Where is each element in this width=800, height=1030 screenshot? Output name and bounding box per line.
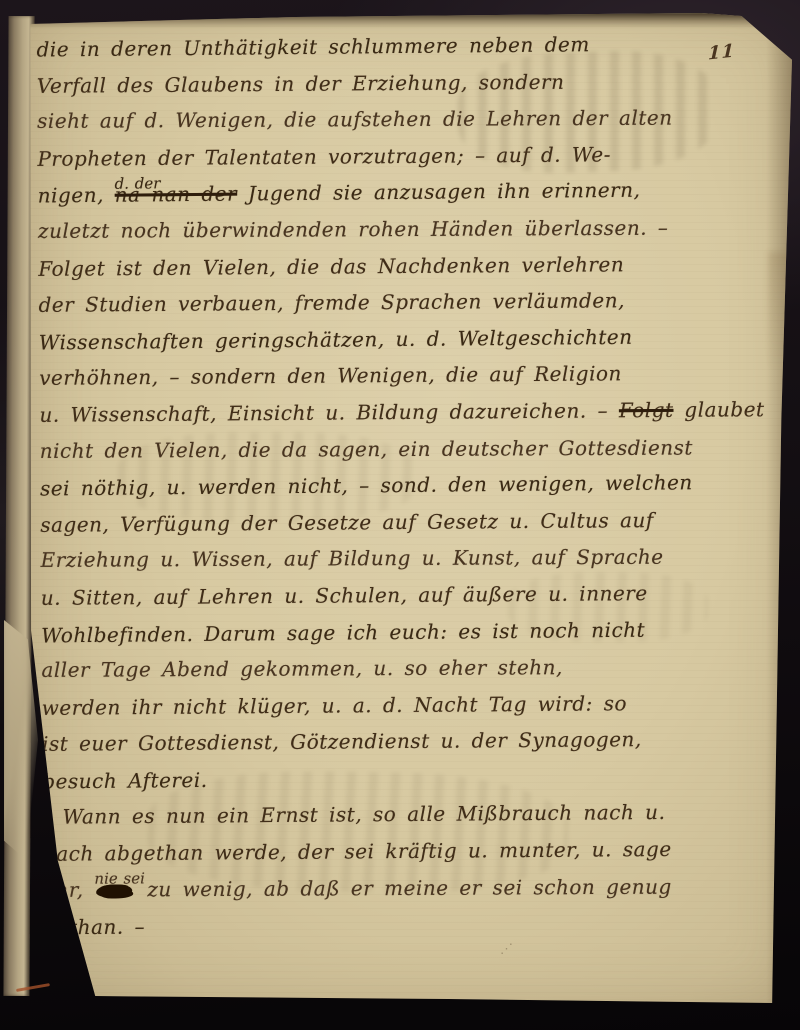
- handwritten-text: Propheten der Talentaten vorzutragen; – …: [37, 142, 611, 171]
- manuscript-line: nicht den Vielen, die da sagen, ein deut…: [40, 429, 764, 469]
- handwritten-text: u. Sitten, auf Lehren u. Schulen, auf äu…: [41, 581, 648, 610]
- handwritten-text: Wohlbefinden. Darum sage ich euch: es is…: [41, 617, 645, 647]
- photographed-manuscript: 11 die in deren Unthätigkeit schlummere …: [0, 0, 800, 1030]
- handwritten-text: gethan. –: [43, 915, 145, 940]
- handwritten-text: ist euer Gottesdienst, Götzendienst u. d…: [42, 727, 642, 756]
- handwritten-text: Erziehung u. Wissen, auf Bildung u. Kuns…: [41, 545, 664, 572]
- handwritten-text: nigen,: [38, 183, 115, 208]
- handwritten-text: nach abgethan werde, der sei kräftig u. …: [43, 837, 672, 866]
- handwritten-text: glaubet: [673, 397, 764, 422]
- handwritten-text: sieht auf d. Wenigen, die aufstehen die …: [37, 106, 673, 133]
- manuscript-line: Erziehung u. Wissen, auf Bildung u. Kuns…: [40, 538, 764, 578]
- manuscript-line: Wann es nun ein Ernst ist, so alle Mißbr…: [42, 794, 766, 836]
- struck-out-text: Folgt: [619, 398, 674, 422]
- handwritten-text: zuletzt noch überwindenden rohen Händen …: [38, 216, 669, 243]
- manuscript-line: sagen, Verfügung der Gesetze auf Gesetz …: [40, 501, 764, 543]
- handwritten-text: der Studien verbauen, fremde Sprachen ve…: [38, 288, 624, 317]
- handwritten-text: zu wenig, ab daß er meine er sei schon g…: [136, 874, 671, 901]
- manuscript-line: Verfall des Glaubens in der Erziehung, s…: [37, 62, 761, 104]
- manuscript-text: die in deren Unthätigkeit schlummere neb…: [36, 25, 767, 946]
- handwritten-text: ehr,: [43, 877, 94, 901]
- manuscript-line: Folget ist den Vielen, die das Nachdenke…: [38, 245, 762, 287]
- handwritten-text: Wann es nun ein Ernst ist, so alle Mißbr…: [63, 800, 666, 829]
- manuscript-line: Wohlbefinden. Darum sage ich euch: es is…: [41, 610, 765, 654]
- handwritten-text: aller Tage Abend gekommen, u. so eher st…: [41, 655, 563, 682]
- manuscript-line: nach abgethan werde, der sei kräftig u. …: [43, 830, 767, 872]
- handwritten-text: u. Wissenschaft, Einsicht u. Bildung daz…: [39, 398, 619, 427]
- handwritten-text: die in deren Unthätigkeit schlummere neb…: [36, 32, 589, 61]
- manuscript-line: u. Sitten, auf Lehren u. Schulen, auf äu…: [41, 574, 765, 616]
- manuscript-line: verhöhnen, – sondern den Wenigen, die au…: [39, 355, 763, 397]
- manuscript-line: sei nöthig, u. werden nicht, – sond. den…: [40, 464, 764, 508]
- manuscript-page: 11 die in deren Unthätigkeit schlummere …: [28, 12, 792, 1008]
- handwritten-text: Folget ist den Vielen, die das Nachdenke…: [38, 252, 624, 281]
- paper-stain: [768, 252, 800, 372]
- manuscript-line: aller Tage Abend gekommen, u. so eher st…: [41, 648, 765, 688]
- manuscript-line: der Studien verbauen, fremde Sprachen ve…: [38, 281, 762, 323]
- manuscript-line: nigen, d. derna nan der Jugend sie anzus…: [38, 171, 762, 215]
- pen-trial-mark: ⋰: [500, 942, 515, 957]
- handwritten-text: verhöhnen, – sondern den Wenigen, die au…: [39, 362, 622, 391]
- manuscript-line: ehr, nie sei zu wenig, ab daß er meine e…: [43, 868, 767, 908]
- handwritten-text: Verfall des Glaubens in der Erziehung, s…: [37, 69, 565, 97]
- handwritten-text: nicht den Vielen, die da sagen, ein deut…: [40, 435, 693, 462]
- handwritten-text: Jugend sie anzusagen ihn erinnern,: [237, 178, 640, 206]
- manuscript-line: u. Wissenschaft, Einsicht u. Bildung daz…: [39, 391, 763, 433]
- manuscript-line: sieht auf d. Wenigen, die aufstehen die …: [37, 99, 761, 139]
- manuscript-line: die in deren Unthätigkeit schlummere neb…: [36, 25, 760, 69]
- underlying-page-edge: [4, 620, 38, 860]
- manuscript-line: werden ihr nicht klüger, u. a. d. Nacht …: [42, 684, 766, 726]
- handwritten-text: werden ihr nicht klüger, u. a. d. Nacht …: [42, 691, 627, 720]
- manuscript-line: ist euer Gottesdienst, Götzendienst u. d…: [42, 720, 766, 762]
- handwritten-text: besuch Afterei.: [42, 768, 207, 794]
- manuscript-line: besuch Afterei.: [42, 756, 766, 800]
- manuscript-line: zuletzt noch überwindenden rohen Händen …: [38, 209, 762, 249]
- handwritten-text: Wissenschaften geringschätzen, u. d. Wel…: [39, 325, 633, 355]
- handwritten-text: sei nöthig, u. werden nicht, – sond. den…: [40, 470, 693, 500]
- manuscript-line: gethan. –: [43, 903, 767, 947]
- handwritten-text: sagen, Verfügung der Gesetze auf Gesetz …: [40, 508, 654, 537]
- manuscript-line: Wissenschaften geringschätzen, u. d. Wel…: [39, 317, 763, 361]
